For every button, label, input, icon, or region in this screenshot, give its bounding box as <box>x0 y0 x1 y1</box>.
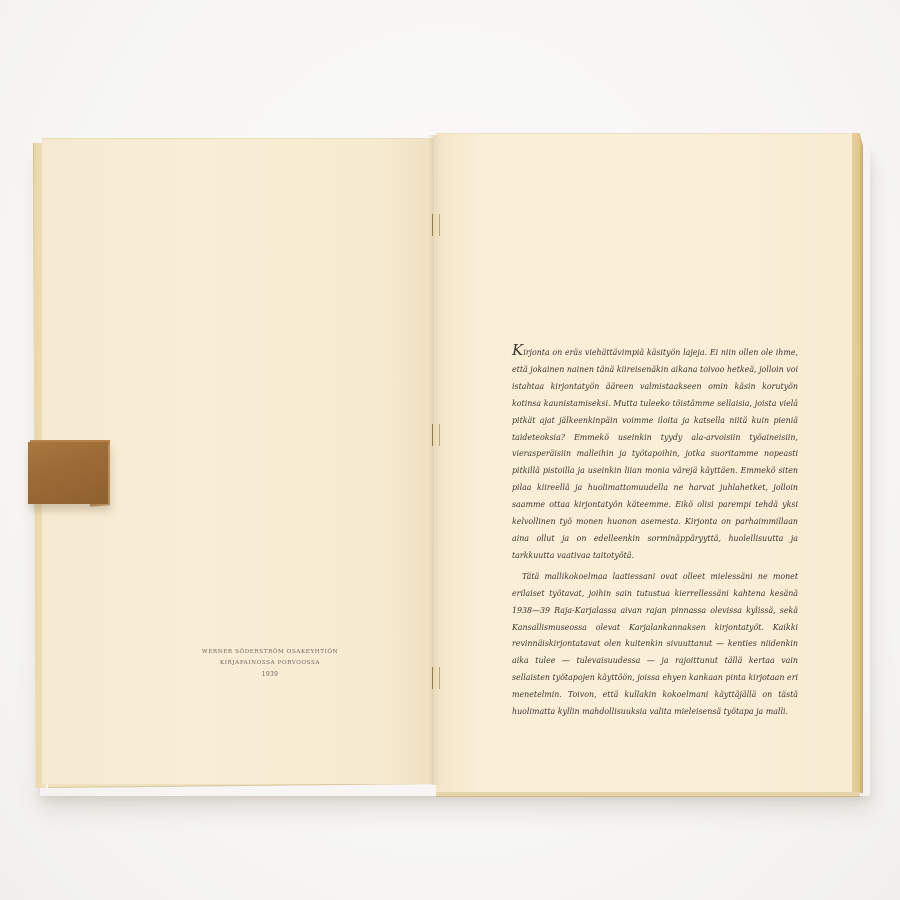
colophon-year: 1939 <box>195 669 345 680</box>
colophon-printing-place: KIRJAPAINOSSA PORVOOSSA <box>195 658 345 669</box>
paragraph-2: Tätä mallikokoelmaa laatiessani ovat oll… <box>512 569 798 721</box>
drop-cap: K <box>512 341 523 359</box>
colophon: WERNER SÖDERSTRÖM OSAKEYHTIÖN KIRJAPAINO… <box>195 647 345 680</box>
photo-scene: WERNER SÖDERSTRÖM OSAKEYHTIÖN KIRJAPAINO… <box>0 0 900 900</box>
foreword-text: Kirjonta on eräs viehättävimpiä käsityön… <box>512 345 798 721</box>
binding-stitch <box>432 214 440 236</box>
wooden-block-weight <box>28 442 108 504</box>
binding-stitch <box>432 424 440 446</box>
binding-stitch <box>432 667 440 689</box>
colophon-publisher: WERNER SÖDERSTRÖM OSAKEYHTIÖN <box>195 647 345 658</box>
paragraph-1: Kirjonta on eräs viehättävimpiä käsityön… <box>512 345 798 565</box>
right-cover-edge <box>852 133 863 793</box>
right-page-bottom-edge <box>436 792 860 797</box>
